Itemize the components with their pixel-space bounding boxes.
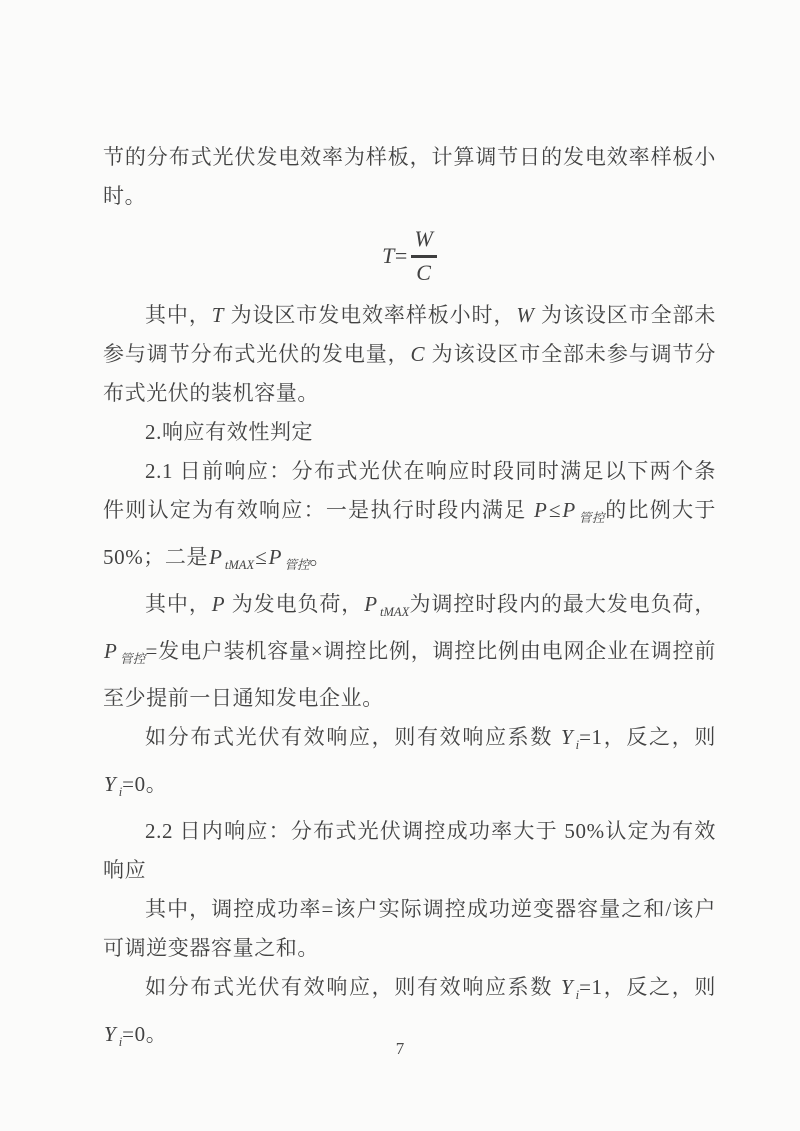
fraction-numerator: W <box>414 227 433 251</box>
formula-variable: T <box>382 244 395 268</box>
formula-equals: = <box>395 244 411 268</box>
text-run: 为调控时段内的最大发电负荷， <box>409 592 716 616</box>
text-run: 。 <box>309 545 331 569</box>
paragraph: 节的分布式光伏发电效率为样板，计算调节日的发电效率样板小时。 <box>103 138 716 216</box>
text-run: 如分布式光伏有效响应，则有效响应系数 <box>145 975 560 999</box>
formula: T=WC <box>103 216 716 296</box>
math-variable: W <box>515 303 535 327</box>
text-run: 2.2 日内响应：分布式光伏调控成功率大于 50%认定为有效响应 <box>103 819 716 882</box>
text-run: =0。 <box>122 772 167 796</box>
paragraph: 2.2 日内响应：分布式光伏调控成功率大于 50%认定为有效响应 <box>103 812 716 890</box>
text-run: =1，反之，则 <box>579 725 716 749</box>
text-run: 其中，调控成功率=该户实际调控成功逆变器容量之和/该户可调逆变器容量之和。 <box>103 897 716 960</box>
math-subscript: 管控 <box>282 558 309 572</box>
math-variable: T <box>211 303 225 327</box>
text-run: 其中， <box>145 592 211 616</box>
math-variable: Y <box>560 725 574 749</box>
paragraph: 2.1 日前响应：分布式光伏在响应时段同时满足以下两个条件则认定为有效响应：一是… <box>103 452 716 585</box>
text-run: 为发电负荷， <box>226 592 364 616</box>
math-variable: C <box>410 342 426 366</box>
text-run: 如分布式光伏有效响应，则有效响应系数 <box>145 725 560 749</box>
math-variable: P <box>103 639 118 663</box>
math-variable: P <box>211 592 226 616</box>
text-run: 2.响应有效性判定 <box>145 420 313 444</box>
math-variable: ≤ <box>548 498 562 522</box>
math-subscript: tMAX <box>223 558 254 572</box>
document-page: 节的分布式光伏发电效率为样板，计算调节日的发电效率样板小时。T=WC其中，T 为… <box>0 0 800 1131</box>
math-variable: P <box>363 592 378 616</box>
text-run: 为设区市发电效率样板小时， <box>224 303 515 327</box>
paragraph: 其中，调控成功率=该户实际调控成功逆变器容量之和/该户可调逆变器容量之和。 <box>103 890 716 968</box>
paragraph: 如分布式光伏有效响应，则有效响应系数 Yi=1，反之，则Yi=0。 <box>103 718 716 812</box>
text-run: =发电户装机容量×调控比例，调控比例由电网企业在调控前至少提前一日通知发电企业。 <box>103 639 716 710</box>
math-variable: Y <box>103 772 117 796</box>
page-number: 7 <box>396 1039 405 1058</box>
fraction: WC <box>411 227 437 284</box>
paragraph: 其中，T 为设区市发电效率样板小时，W 为该设区市全部未参与调节分布式光伏的发电… <box>103 296 716 413</box>
math-variable: P <box>533 498 548 522</box>
document-body: 节的分布式光伏发电效率为样板，计算调节日的发电效率样板小时。T=WC其中，T 为… <box>103 138 716 1062</box>
text-run: 其中， <box>145 303 211 327</box>
paragraph: 2.响应有效性判定 <box>103 413 716 452</box>
math-variable: Y <box>560 975 574 999</box>
math-variable: P <box>268 545 283 569</box>
math-variable: ≤ <box>254 545 268 569</box>
math-subscript: 管控 <box>576 511 605 525</box>
text-run: =1，反之，则 <box>579 975 716 999</box>
math-variable: P <box>561 498 576 522</box>
page-footer: 7 <box>0 1038 800 1060</box>
fraction-denominator: C <box>416 261 431 285</box>
fraction-bar <box>411 255 437 258</box>
math-variable: P <box>208 545 223 569</box>
math-subscript: 管控 <box>118 652 146 666</box>
text-run: 节的分布式光伏发电效率为样板，计算调节日的发电效率样板小时。 <box>103 145 716 208</box>
paragraph: 其中，P 为发电负荷，PtMAX为调控时段内的最大发电负荷，P管控=发电户装机容… <box>103 585 716 718</box>
math-subscript: tMAX <box>378 605 409 619</box>
